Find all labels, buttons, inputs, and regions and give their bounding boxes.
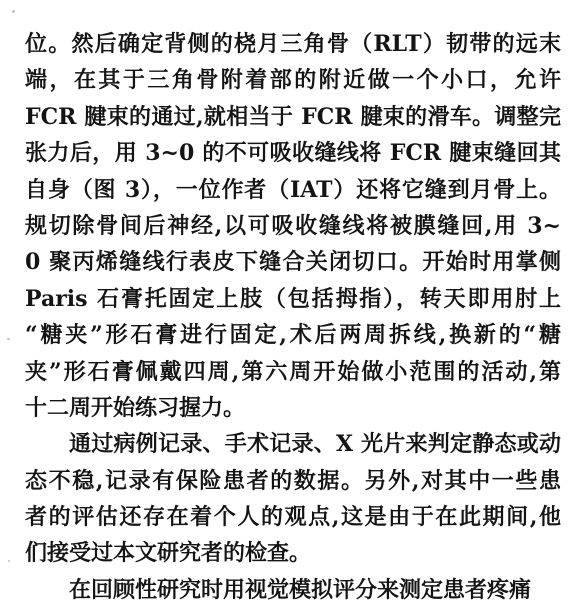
text-line: 位。然后确定背侧的桡月三角骨（RLT）韧带的远末: [25, 26, 561, 62]
text-line-paragraph-start: 通过病例记录、手术记录、X 光片来判定静态或动: [25, 426, 561, 462]
text-line: Paris 石膏托固定上肢（包括拇指），转天即用肘上: [25, 281, 561, 317]
text-line-paragraph-start: 在回顾性研究时用视觉模拟评分来测定患者疼痛: [25, 572, 561, 608]
body-text: 位。然后确定背侧的桡月三角骨（RLT）韧带的远末 端，在其于三角骨附着部的附近做…: [25, 26, 561, 608]
text-line: “糖夹”形石膏进行固定,术后两周拆线,换新的“糖: [25, 317, 561, 353]
text-line-paragraph-end: 们接受过本文研究者的检查。: [25, 535, 561, 571]
scan-speck: [7, 338, 10, 340]
text-line: 0 聚丙烯缝线行表皮下缝合关闭切口。开始时用掌侧: [25, 244, 561, 280]
text-line: 态不稳,记录有保险患者的数据。另外,对其中一些患: [25, 463, 561, 499]
scan-speck: [12, 10, 15, 13]
scan-speck: [8, 560, 10, 562]
text-line: FCR 腱束的通过,就相当于 FCR 腱束的滑车。调整完: [25, 99, 561, 135]
text-line: 规切除骨间后神经,以可吸收缝线将被膜缝回,用 3~: [25, 208, 561, 244]
text-line: 张力后，用 3~0 的不可吸收缝线将 FCR 腱束缝回其: [25, 135, 561, 171]
text-line: 夹”形石膏佩戴四周,第六周开始做小范围的活动,第: [25, 354, 561, 390]
text-line-paragraph-end: 十二周开始练习握力。: [25, 390, 561, 426]
text-line: 者的评估还存在着个人的观点,这是由于在此期间,他: [25, 499, 561, 535]
text-line: 自身（图 3），一位作者（IAT）还将它缝到月骨上。常: [25, 172, 561, 208]
text-line: 端，在其于三角骨附着部的附近做一个小口，允许: [25, 62, 561, 98]
scanned-page: 位。然后确定背侧的桡月三角骨（RLT）韧带的远末 端，在其于三角骨附着部的附近做…: [0, 0, 580, 615]
